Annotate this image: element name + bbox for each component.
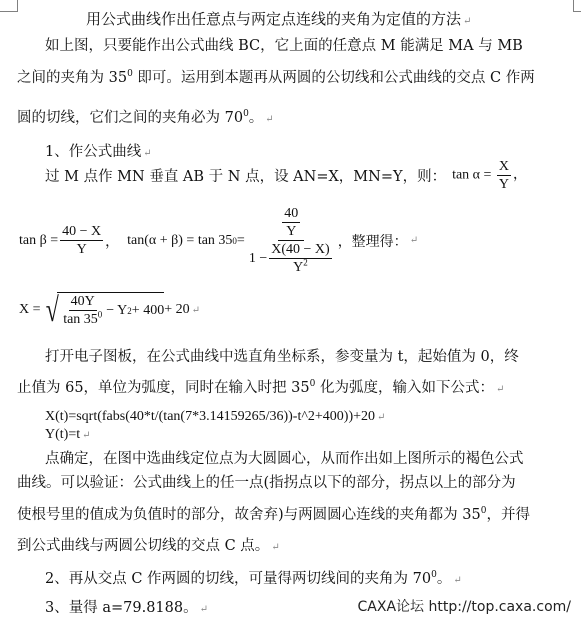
formula-y-of-t: Y(t)=t↵ (45, 427, 91, 443)
paragraph-1-line-3: 圆的切线，它们之间的夹角必为 700。↵ (17, 106, 274, 127)
paragraph-2-line-1: 打开电子图板，在公式曲线中选直角坐标系，参变量为 t，起始值为 0，终 (45, 345, 519, 366)
page-margin-mark-right (573, 0, 581, 12)
compound-fraction: 40Y 1 − X(40 − X)Y2 (247, 205, 336, 276)
page-margin-mark-left (0, 0, 18, 12)
paragraph-1-line-1: 如上图，只要能作出公式曲线 BC，它上面的任意点 M 能满足 MA 与 MB (45, 34, 523, 55)
equation-x: X = √ 40Ytan 350 − Y2 + 400 + 20↵ (19, 292, 200, 328)
square-root: √ 40Ytan 350 − Y2 + 400 (43, 292, 165, 328)
paragraph-2-line-2: 止值为 65，单位为弧度，同时在输入时把 350 化为弧度，输入如下公式：↵ (17, 376, 504, 397)
paragraph-3-line-4: 到公式曲线与两圆公切线的交点 C 点。↵ (17, 534, 280, 555)
formula-x-of-t: X(t)=sqrt(fabs(40*t/(tan(7*3.14159265/36… (45, 409, 385, 425)
equation-tan-alpha: tan α = XY， (452, 158, 527, 193)
step-1-text: 过 M 点作 MN 垂直 AB 于 N 点，设 AN=X，MN=Y，则： tan… (45, 158, 527, 193)
equation-row-beta: tan β = 40 − XY， tan(α + β) = tan 350 = … (19, 205, 418, 276)
paragraph-3-line-3: 使根号里的值成为负值时的部分，故舍弃)与两圆圆心连线的夹角都为 350，并得 (17, 503, 530, 524)
paragraph-1-line-2: 之间的夹角为 350 即可。运用到本题再从两圆的公切线和公式曲线的交点 C 作两 (17, 66, 535, 87)
document-title: 用公式曲线作出任意点与两定点连线的夹角为定值的方法↵ (86, 8, 471, 29)
paragraph-3-line-1: 点确定，在图中选曲线定位点为大圆圆心，从而作出如上图所示的褐色公式 (45, 447, 524, 468)
watermark: CAXA论坛 http://top.caxa.com/ (358, 596, 571, 616)
step-3: 3、量得 a=79.8188。↵ (45, 596, 208, 617)
step-2: 2、再从交点 C 作两圆的切线，可量得两切线间的夹角为 700。↵ (45, 567, 462, 588)
paragraph-3-line-2: 曲线。可以验证：公式曲线上的任一点(指拐点以下的部分，拐点以上的部分为 (17, 471, 516, 492)
